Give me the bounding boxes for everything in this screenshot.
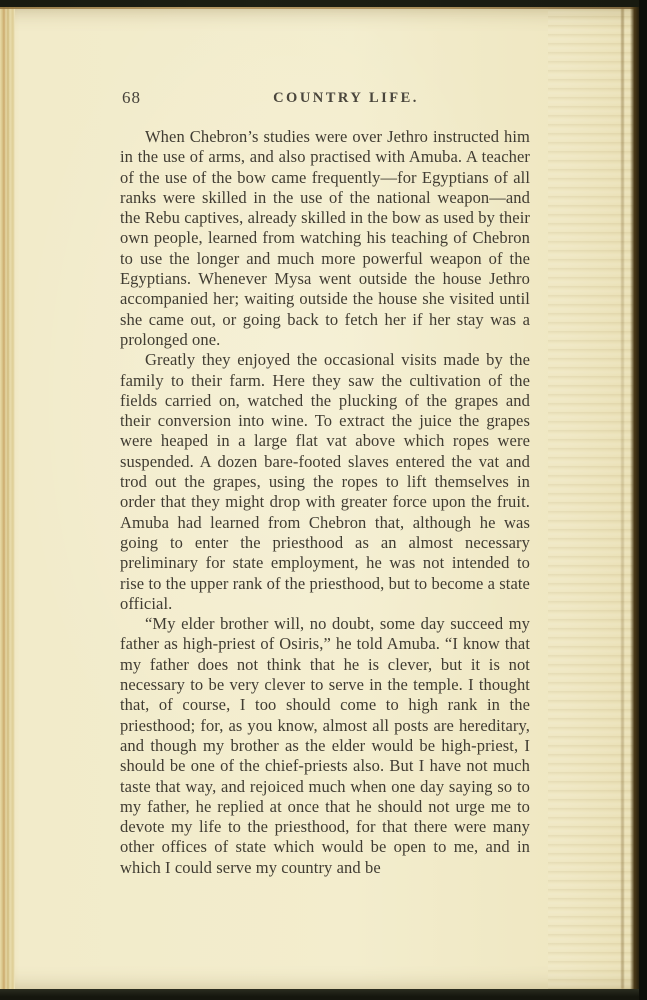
paragraph: When Chebron’s studies were over Jethro … [120,127,530,350]
scan-edge-top [0,0,647,7]
scan-edge-right [639,0,647,1000]
body-text-block: When Chebron’s studies were over Jethro … [120,127,530,878]
book-scan-scene: 68 COUNTRY LIFE. When Chebron’s studies … [0,0,647,1000]
page-curvature-shading [548,7,638,989]
paragraph: Greatly they enjoyed the occasional visi… [120,350,530,614]
scan-edge-bottom [0,989,647,1000]
page-top-rule [0,7,639,9]
page-edges-left [0,7,15,989]
running-header-row: 68 COUNTRY LIFE. [120,88,532,110]
paragraph: “My elder brother will, no doubt, some d… [120,614,530,878]
page-crease-line [621,7,624,989]
running-header-title: COUNTRY LIFE. [120,90,572,107]
